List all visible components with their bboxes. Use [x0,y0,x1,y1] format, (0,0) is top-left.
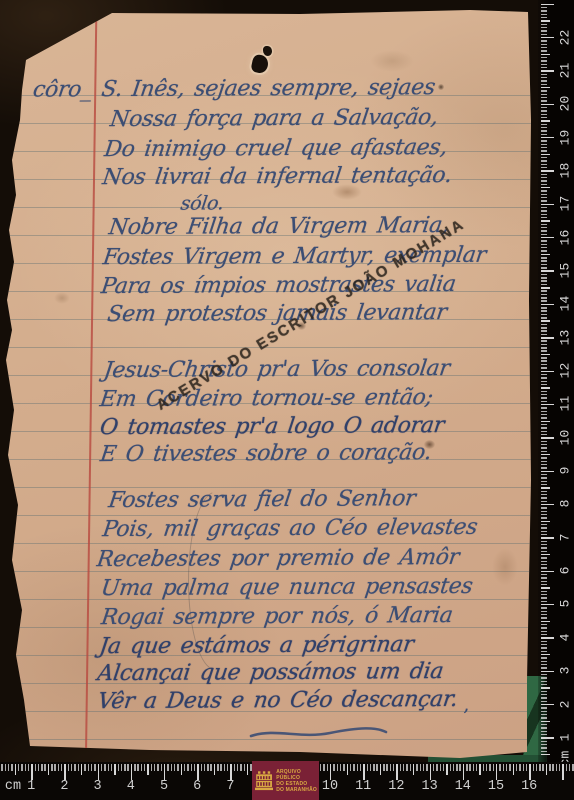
ruler-tick [541,624,547,625]
ruler-tick [541,274,547,275]
ruler-tick [541,314,547,315]
ruler-tick [541,27,547,28]
ruler-tick [541,707,547,708]
ruler-tick [350,764,351,771]
ruler-tick [131,764,132,780]
ruler-tick [541,731,547,732]
manuscript-line: Do inimigo cruel que afastaes, [103,135,449,162]
ruler-tick [18,764,19,771]
ruler-tick [541,207,547,208]
ruler-tick [509,764,510,771]
ruler-tick [541,87,550,88]
ruler-tick [541,677,547,678]
ruler-tick [541,557,547,558]
ruler-tick [108,764,109,771]
ruler-tick [541,401,547,402]
ruler-tick [68,764,69,771]
ruler-tick [541,717,547,718]
ruler-tick [541,477,547,478]
ruler-tick [541,294,547,295]
manuscript-line: Pois, mil graças ao Céo elevastes [101,515,479,542]
ruler-tick [552,764,553,771]
ruler-tick [541,561,547,562]
ruler-tick [541,264,547,265]
ruler-tick [51,764,52,771]
ruler-tick [38,764,39,771]
ruler-tick [486,764,487,771]
ruler-tick [541,164,547,165]
ruler-tick [541,441,547,442]
ruler-tick [541,17,547,18]
ruler-tick [164,764,165,780]
ruler-tick [541,684,547,685]
ruler-tick [541,711,547,712]
paper-hole [263,46,272,56]
ruler-tick [541,421,550,422]
ruler-tick [541,457,547,458]
ruler-tick [541,567,547,568]
ruler-tick [380,764,381,775]
archive-logo: ARQUIVO PÚBLICO DO ESTADO DO MARANHÃO [252,761,319,800]
ruler-tick [541,751,547,752]
ruler-tick [541,407,547,408]
ruler-label: 11 [350,779,376,794]
ruler-tick [167,764,168,771]
ruler-tick [410,764,411,771]
ruler-tick [541,724,547,725]
ruler-tick [541,197,547,198]
ruler-tick [101,764,102,771]
ruler-tick [118,764,119,771]
right-ruler: 22212019181716151413121110987654321cm [538,0,574,800]
ruler-tick [526,764,527,771]
ruler-tick [541,667,547,668]
ruler-tick [541,544,547,545]
ruler-tick [536,764,537,771]
ruler-tick [333,764,334,771]
ruler-tick [541,654,550,655]
ruler-tick [541,140,547,141]
ruler-tick [541,474,547,475]
ruler-tick [88,764,89,771]
ruler-tick [21,764,22,771]
ruler-tick [5,764,6,771]
manuscript-line: Nossa força para a Salvação, [109,105,440,132]
ruler-tick [541,591,547,592]
ruler-tick [416,764,417,771]
ruler-tick [541,657,547,658]
ruler-tick [48,764,49,775]
ruler-tick [541,484,547,485]
ruler-tick [541,214,547,215]
ruler-tick [541,284,547,285]
ruler-tick [541,230,547,231]
ruler-tick [541,154,550,155]
ruler-tick [541,517,547,518]
manuscript-line: Jesus-Christo pr'a Vos consolar [102,356,451,383]
ruler-tick [541,651,547,652]
ruler-tick [541,437,554,438]
ruler-tick [541,614,547,615]
ruler-tick [541,190,547,191]
ruler-tick [423,764,424,771]
ruler-tick [541,687,550,688]
ruler-tick [541,531,547,532]
ruler-tick [94,764,95,771]
ruler-tick [541,170,554,171]
ruler-tick [541,734,547,735]
ruler-tick [541,511,547,512]
paper-sheet: côro_ S. Inês, sejaes sempre, sejaesNoss… [0,0,574,800]
ruler-label: 22 [559,22,572,52]
ruler-tick [187,764,188,771]
ruler-tick [541,327,547,328]
ruler-tick [541,4,554,5]
ruler-tick [541,234,547,235]
ruler-tick [541,494,547,495]
ruler-tick [541,117,547,118]
ruler-tick [541,601,547,602]
ink-mark: ’ [3,698,21,723]
ruler-tick [506,764,507,771]
ruler-tick [456,764,457,771]
ruler-tick [541,507,547,508]
ruler-tick [541,551,547,552]
ruler-label: 2 [559,689,572,719]
ruler-tick [541,344,547,345]
ruler-tick [177,764,178,771]
ruler-tick [541,200,547,201]
ruler-tick [476,764,477,771]
ruler-tick [541,244,547,245]
ruler-tick [181,764,182,775]
ruler-tick [157,764,158,771]
ruler-tick [436,764,437,771]
ruler-tick [541,744,547,745]
manuscript-line: côro_ S. Inês, sejaes sempre, sejaes [31,75,436,102]
ruler-tick [406,764,407,771]
ruler-tick [61,764,62,771]
ruler-tick [541,374,547,375]
ruler-tick [541,297,547,298]
ruler-tick [171,764,172,771]
ruler-tick [541,397,547,398]
ruler-tick [197,764,198,780]
ruler-tick [463,764,464,780]
ruler-tick [71,764,72,771]
ruler-tick [566,764,567,771]
ruler-tick [541,647,547,648]
ruler-tick [541,644,547,645]
ruler-tick [541,37,554,38]
ruler-tick [54,764,55,771]
ruler-tick [523,764,524,771]
manuscript-line: Fostes serva fiel do Senhor [107,486,417,513]
ruler-tick [541,104,554,105]
ruler-tick [541,320,550,321]
ruler-tick [430,764,431,780]
ruler-tick [503,764,504,771]
ruler-tick [327,764,328,771]
ruler-label: 13 [417,779,443,794]
ruler-tick [210,764,211,771]
ruler-tick [541,381,547,382]
ruler-tick [541,44,547,45]
ruler-tick [541,127,547,128]
ruler-tick [541,634,547,635]
ruler-tick [541,487,550,488]
ruler-tick [541,737,554,738]
ruler-tick [483,764,484,771]
ruler-tick [541,204,554,205]
ruler-tick [227,764,228,771]
ruler-label: 1 [18,779,44,794]
ruler-tick [74,764,75,771]
ruler-tick [541,581,547,582]
ruler-tick [541,681,547,682]
ruler-label: 16 [516,779,542,794]
ruler-tick [541,584,547,585]
manuscript-line: O tomastes pr'a logo O adorar [98,413,445,440]
ruler-tick [433,764,434,771]
ruler-tick [370,764,371,771]
ruler-tick [541,554,550,555]
manuscript-line: Vêr a Deus e no Céo descançar. [96,687,459,714]
ruler-tick [541,754,550,755]
ruler-tick [541,40,547,41]
ruler-tick [541,7,547,8]
ruler-tick [541,157,547,158]
ruler-tick [390,764,391,771]
ruler-tick [204,764,205,771]
ruler-tick [541,90,547,91]
ruler-tick [443,764,444,771]
ruler-tick [323,764,324,771]
ruler-tick [224,764,225,771]
ruler-tick [541,424,547,425]
ruler-tick [541,267,547,268]
ruler-tick [541,671,554,672]
ruler-tick [141,764,142,771]
ruler-label: 3 [559,656,572,686]
ruler-tick [541,250,547,251]
ruler-tick [533,764,534,771]
ruler-tick [127,764,128,771]
ruler-tick [541,10,547,11]
ruler-tick [541,357,547,358]
ruler-tick [541,697,547,698]
manuscript-line: Uma palma que nunca pensastes [99,574,474,601]
ruler-tick [541,427,547,428]
ruler-label: 12 [559,356,572,386]
ruler-tick [330,764,331,780]
ruler-tick [541,54,550,55]
ruler-tick [541,30,547,31]
ruler-tick [541,497,547,498]
ruler-tick [353,764,354,771]
ruler-tick [28,764,29,771]
ruler-tick [541,394,547,395]
archive-building-icon [255,766,273,796]
ruler-tick [541,60,547,61]
ruler-label: 11 [559,389,572,419]
ruler-tick [541,491,547,492]
ruler-label: 12 [383,779,409,794]
ruler-tick [393,764,394,771]
ruler-tick [541,14,547,15]
ruler-tick [360,764,361,771]
ruler-tick [569,764,570,771]
ruler-tick [541,180,547,181]
ruler-tick [8,764,9,771]
ruler-tick [58,764,59,771]
ruler-tick [541,471,554,472]
ruler-tick [493,764,494,771]
ruler-label: 16 [559,222,572,252]
ruler-label: 10 [559,422,572,452]
ruler-tick [161,764,162,771]
ruler-tick [541,167,547,168]
ruler-tick [541,130,547,131]
ruler-tick [541,417,547,418]
ruler-tick [541,257,547,258]
ruler-tick [44,764,45,771]
ruler-tick [541,217,547,218]
ruler-tick [541,84,547,85]
ruler-tick [541,664,547,665]
ruler-tick [541,74,547,75]
ruler-tick [237,764,238,771]
ruler-tick [104,764,105,771]
ruler-tick [420,764,421,771]
ruler-tick [386,764,387,771]
ruler-tick [111,764,112,771]
ruler-tick [541,627,547,628]
ruler-tick [541,150,547,151]
ruler-label: 2 [51,779,77,794]
manuscript-line: Sem protestos jamais levantar [106,300,448,327]
ruler-tick [541,434,547,435]
ruler-tick [541,594,547,595]
ruler-tick [541,287,550,288]
ruler-tick [41,764,42,771]
ruler-tick [541,527,547,528]
ruler-tick [11,764,12,771]
ruler-tick [541,431,547,432]
ruler-tick [541,587,550,588]
ruler-tick [541,290,547,291]
ruler-label: 15 [559,255,572,285]
ruler-tick [121,764,122,771]
ruler-tick [541,371,554,372]
ruler-tick [541,70,554,71]
ruler-tick [559,764,560,771]
ruler-tick [513,764,514,775]
ruler-tick [541,617,547,618]
ruler-tick [541,247,547,248]
ruler-label: 9 [559,456,572,486]
ruler-tick [541,547,547,548]
ruler-tick [541,50,547,51]
ruler-tick [541,100,547,101]
ruler-tick [541,347,547,348]
ruler-tick [541,254,550,255]
ruler-tick [541,317,547,318]
ruler-tick [363,764,364,780]
ruler-tick [541,367,547,368]
flourish-mark [248,724,390,744]
manuscript-text-block: côro_ S. Inês, sejaes sempre, sejaesNoss… [0,0,574,800]
ruler-label: 18 [559,155,572,185]
ruler-tick [541,134,547,135]
ruler-tick [541,330,547,331]
ruler-tick [541,174,547,175]
ruler-tick [541,337,554,338]
ruler-tick [396,764,397,780]
ruler-tick [541,184,547,185]
ruler-tick [244,764,245,771]
ruler-tick [541,227,547,228]
ruler-tick [91,764,92,771]
ruler-tick [450,764,451,771]
ruler-tick [541,564,547,565]
ruler-tick [137,764,138,771]
ruler-tick [469,764,470,771]
ruler-tick [541,597,547,598]
ruler-tick [373,764,374,771]
ruler-label: 17 [559,189,572,219]
ruler-tick [78,764,79,771]
ruler-tick [541,721,550,722]
ruler-label: 10 [317,779,343,794]
ruler-tick [556,764,557,771]
ruler-tick [541,124,547,125]
ruler-tick [562,764,563,780]
ruler-tick [541,691,547,692]
ruler-label: 4 [118,779,144,794]
ruler-tick [541,384,547,385]
ruler-tick [541,310,547,311]
ruler-tick [541,364,547,365]
ruler-label: 5 [151,779,177,794]
ruler-tick [541,414,547,415]
ruler-tick [541,177,547,178]
ruler-tick [84,764,85,771]
ruler-tick [541,514,547,515]
ruler-tick [413,764,414,775]
ruler-tick [541,501,547,502]
ruler-tick [541,641,547,642]
ruler-tick [546,764,547,775]
ruler-tick [31,764,32,780]
ruler-label: 5 [559,589,572,619]
ruler-label: 20 [559,89,572,119]
ruler-tick [541,47,547,48]
ruler-tick [35,764,36,771]
ruler-tick [81,764,82,775]
ruler-tick [541,661,547,662]
ruler-tick [220,764,221,771]
ruler-tick [541,304,554,305]
ruler-tick [466,764,467,771]
ruler-tick [124,764,125,771]
ruler-tick [151,764,152,771]
ruler-tick [541,350,547,351]
ruler-tick [541,727,547,728]
ruler-tick [541,404,554,405]
ruler-tick [541,110,547,111]
ruler-tick [541,24,547,25]
